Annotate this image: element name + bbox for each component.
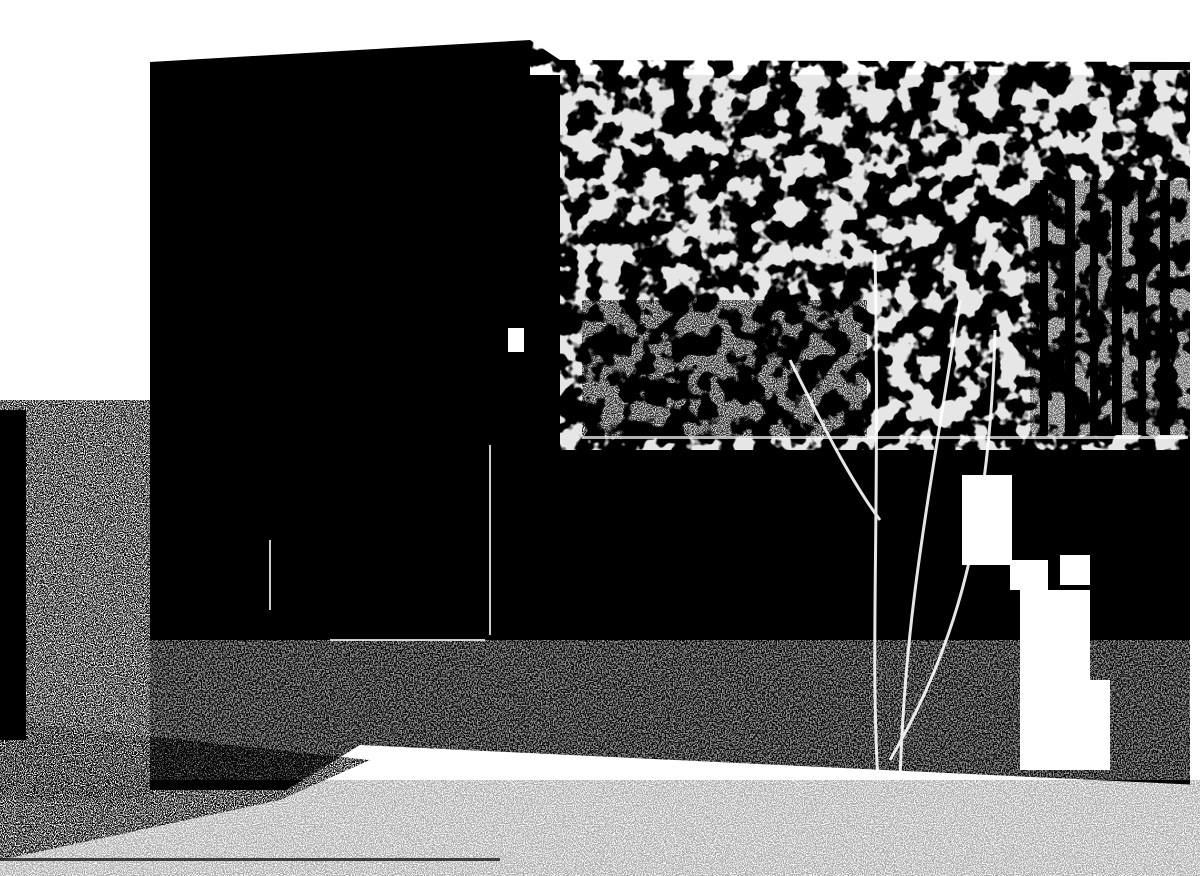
wall-light bbox=[508, 328, 524, 352]
photo-scene bbox=[0, 0, 1200, 876]
bottom-edge bbox=[0, 858, 500, 861]
canopy-top bbox=[530, 0, 1130, 75]
left-post bbox=[0, 410, 26, 740]
pavement-grain bbox=[0, 780, 1200, 876]
